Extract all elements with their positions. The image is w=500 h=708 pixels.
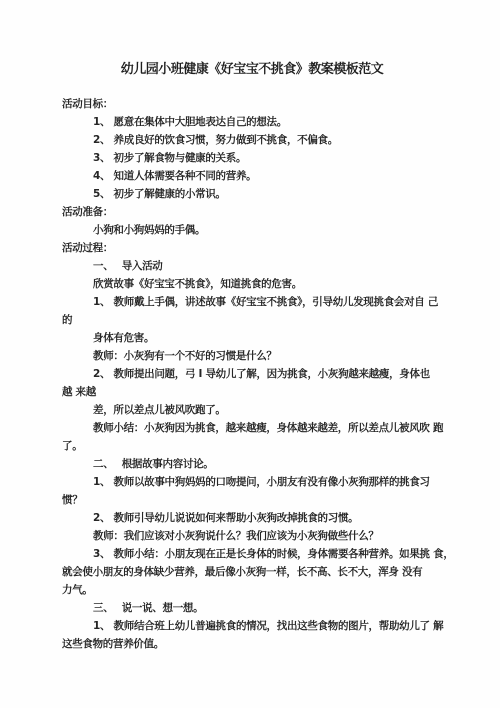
goal-item-1: 1、 愿意在集体中大胆地表达自己的想法。 (62, 113, 442, 131)
doc-line: 这些食物的营养价值。 (62, 635, 442, 653)
goal-item-5: 5、 初步了解健康的小常识。 (62, 185, 442, 203)
step-3-heading: 三、 说一说、想一想。 (62, 599, 442, 617)
doc-line: 1、 教师以故事中狗妈妈的口吻提问，小朋友有没有像小灰狗那样的挑食习 (62, 473, 442, 491)
prep-text: 小狗和小狗妈妈的手偶。 (62, 221, 442, 239)
doc-line: 越 来越 (62, 383, 442, 401)
goal-item-3: 3、 初步了解食物与健康的关系。 (62, 149, 442, 167)
doc-line: 1、 教师戴上手偶，讲述故事《好宝宝不挑食》，引导幼儿发现挑食会对自 己 (62, 293, 442, 311)
doc-line: 教师：我们应该对小灰狗说什么？我们应该为小灰狗做些什么？ (62, 527, 442, 545)
document-title: 幼儿园小班健康《好宝宝不挑食》教案模板范文 (62, 60, 442, 79)
section-heading-process: 活动过程： (62, 239, 442, 257)
step-2-heading: 二、 根据故事内容讨论。 (62, 455, 442, 473)
goal-item-2: 2、 养成良好的饮食习惯，努力做到不挑食，不偏食。 (62, 131, 442, 149)
doc-line: 2、 教师提出问题，弓 I 导幼儿了解，因为挑食，小灰狗越来越瘦，身体也 (62, 365, 442, 383)
doc-line: 就会使小朋友的身体缺少营养，最后像小灰狗一样，长不高、长不大，浑身 没有 (62, 563, 442, 581)
step-1-heading: 一、 导入活动 (62, 257, 442, 275)
doc-line: 欣赏故事《好宝宝不挑食》，知道挑食的危害。 (62, 275, 442, 293)
doc-line: 差，所以差点儿被风吹跑了。 (62, 401, 442, 419)
document-page: 幼儿园小班健康《好宝宝不挑食》教案模板范文 活动目标： 1、 愿意在集体中大胆地… (0, 0, 500, 708)
doc-line: 了。 (62, 437, 442, 455)
doc-line: 身体有危害。 (62, 329, 442, 347)
section-heading-goals: 活动目标： (62, 95, 442, 113)
doc-line: 2、 教师引导幼儿说说如何来帮助小灰狗改掉挑食的习惯。 (62, 509, 442, 527)
section-heading-prep: 活动准备： (62, 203, 442, 221)
doc-line: 的 (62, 311, 442, 329)
doc-line: 惯？ (62, 491, 442, 509)
doc-line: 教师小结：小灰狗因为挑食，越来越瘦，身体越来越差，所以差点儿被风吹 跑 (62, 419, 442, 437)
doc-line: 教师：小灰狗有一个不好的习惯是什么？ (62, 347, 442, 365)
doc-line: 力气。 (62, 581, 442, 599)
doc-line: 3、 教师小结：小朋友现在正是长身体的时候，身体需要各种营养。如果挑 食， (62, 545, 442, 563)
goal-item-4: 4、 知道人体需要各种不同的营养。 (62, 167, 442, 185)
doc-line: 1、 教师结合班上幼儿普遍挑食的情况，找出这些食物的图片，帮助幼儿了 解 (62, 617, 442, 635)
